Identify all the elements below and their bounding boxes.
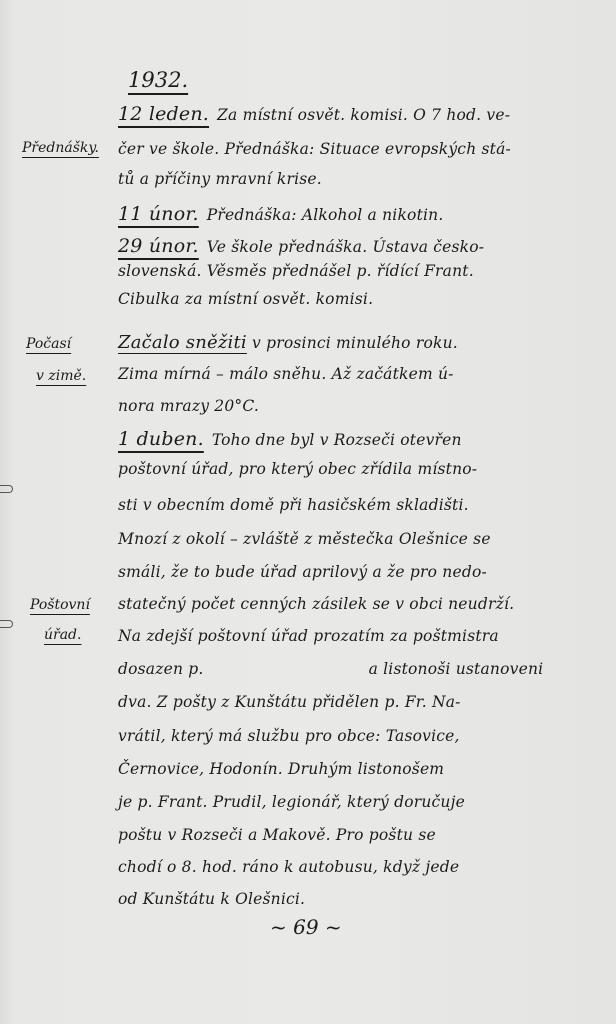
text-line: 1 duben.Toho dne byl v Rozseči otevřen xyxy=(118,428,462,450)
margin-note-pocasi: Počasí xyxy=(26,336,71,352)
text-line: čer ve škole. Přednáška: Situace evropsk… xyxy=(118,140,511,158)
text-line: sti v obecním domě při hasičském skladiš… xyxy=(118,496,469,514)
text-line: poštu v Rozseči a Makově. Pro poštu se xyxy=(118,826,436,844)
text-line: statečný počet cenných zásilek se v obci… xyxy=(118,595,514,613)
text-line: Začalo sněžiti v prosinci minulého roku. xyxy=(118,332,458,353)
handwritten-chronicle-page: 1932. Přednášky. Počasí v zimě. Poštovní… xyxy=(0,0,616,1024)
text-line: Mnozí z okolí – zvláště z městečka Olešn… xyxy=(118,530,491,548)
binding-hole-mark xyxy=(0,485,13,493)
entry-date: 29 únor. xyxy=(118,235,199,257)
entry-date: 11 únor. xyxy=(118,203,199,225)
text-line: Černovice, Hodonín. Druhým listonošem xyxy=(118,760,444,778)
text-line: 29 únor.Ve škole přednáška. Ústava česko… xyxy=(118,235,484,257)
text-line: nora mrazy 20°C. xyxy=(118,397,259,415)
page-number: ~ 69 ~ xyxy=(270,915,342,939)
text-line: od Kunštátu k Olešnici. xyxy=(118,890,305,908)
text-line: dva. Z pošty z Kunštátu přidělen p. Fr. … xyxy=(118,693,461,711)
text-line: tů a příčiny mravní krise. xyxy=(118,170,322,188)
text-line: je p. Frant. Prudil, legionář, který dor… xyxy=(118,793,465,811)
text-line: dosazen p.a listonoši ustanoveni xyxy=(118,660,543,678)
text-line: chodí o 8. hod. ráno k autobusu, když je… xyxy=(118,858,459,876)
underlined-phrase: Začalo sněžiti xyxy=(118,332,247,353)
entry-date: 12 leden. xyxy=(118,103,209,125)
text-line: 12 leden.Za místní osvět. komisi. O 7 ho… xyxy=(118,103,510,125)
text-line: smáli, že to bude úřad aprilový a že pro… xyxy=(118,563,487,581)
binding-hole-mark xyxy=(0,620,13,628)
entry-date: 1 duben. xyxy=(118,428,204,450)
text-line: Na zdejší poštovní úřad prozatím za pošt… xyxy=(118,627,499,645)
text-line: Zima mírná – málo sněhu. Až začátkem ú- xyxy=(118,365,454,383)
margin-note-prednasky: Přednášky. xyxy=(22,140,99,156)
text-line: vrátil, který má službu pro obce: Tasovi… xyxy=(118,727,460,745)
margin-note-postovni: Poštovní xyxy=(30,597,90,613)
year-heading: 1932. xyxy=(128,68,188,92)
margin-note-urad: úřad. xyxy=(44,627,81,643)
text-line: 11 únor.Přednáška: Alkohol a nikotin. xyxy=(118,203,443,225)
text-line: slovenská. Věsměs přednášel p. řídící Fr… xyxy=(118,262,474,280)
text-line: poštovní úřad, pro který obec zřídila mí… xyxy=(118,460,477,478)
margin-note-v-zime: v zimě. xyxy=(36,368,86,384)
text-line: Cibulka za místní osvět. komisi. xyxy=(118,290,373,308)
